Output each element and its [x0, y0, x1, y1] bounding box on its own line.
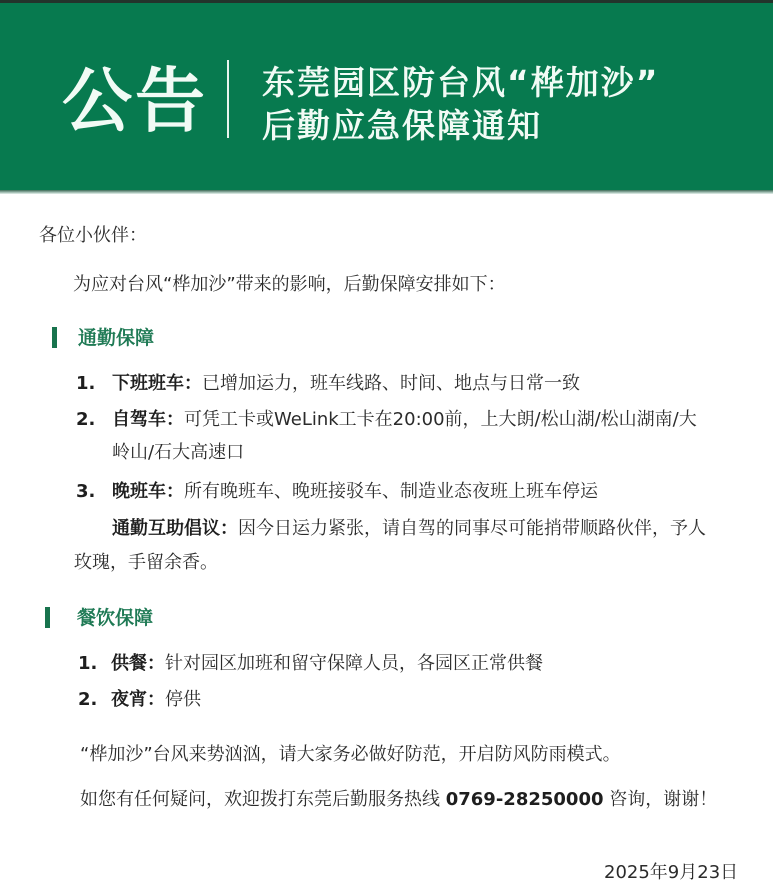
closing-contact: 如您有任何疑问，欢迎拨打东莞后勤服务热线 0769-28250000 咨询，谢谢… [80, 788, 717, 812]
greeting: 各位小伙伴： [39, 224, 147, 248]
list-item-label: 自驾车： [112, 409, 184, 430]
notice-title-line-1: 东莞园区防台风“桦加沙” [262, 61, 659, 104]
section-marker [45, 607, 50, 628]
list-number: 1. [78, 652, 97, 676]
notice-date: 2025年9月23日 [604, 861, 738, 885]
list-item-self-drive: 自驾车：可凭工卡或WeLink工卡在20:00前，上大朗/松山湖/松山湖南/大 [112, 408, 697, 432]
list-number: 1. [76, 372, 95, 396]
list-item-night-shuttle: 晚班车：所有晚班车、晚班接驳车、制造业态夜班上班车停运 [112, 480, 598, 504]
intro-paragraph: 为应对台风“桦加沙”带来的影响，后勤保障安排如下： [73, 273, 506, 297]
header-banner: 公告 东莞园区防台风“桦加沙” 后勤应急保障通知 [0, 0, 773, 192]
section-catering: 餐饮保障 [0, 606, 773, 630]
list-item-text: 停供 [165, 689, 201, 710]
list-number: 2. [78, 688, 97, 712]
list-item-label: 下班班车： [112, 373, 202, 394]
list-item-text-continued: 岭山/石大高速口 [112, 441, 244, 465]
section-commute: 通勤保障 [0, 326, 773, 350]
commute-mutual-aid-note: 通勤互助倡议：因今日运力紧张，请自驾的同事尽可能捎带顺路伙伴，予人 [112, 517, 706, 541]
announcement-badge: 公告 [62, 61, 208, 141]
note-label: 通勤互助倡议： [112, 518, 238, 539]
section-title: 通勤保障 [78, 326, 154, 350]
list-item-text: 针对园区加班和留守保障人员，各园区正常供餐 [165, 653, 543, 674]
note-text-continued: 玫瑰，手留余香。 [74, 551, 218, 575]
notice-title: 东莞园区防台风“桦加沙” 后勤应急保障通知 [262, 61, 659, 147]
notice-title-line-2: 后勤应急保障通知 [262, 104, 659, 147]
list-item-label: 供餐： [111, 653, 165, 674]
list-item-late-snack: 夜宵：停供 [111, 688, 201, 712]
list-number: 2. [76, 408, 95, 432]
contact-prefix: 如您有任何疑问，欢迎拨打东莞后勤服务热线 [80, 789, 446, 810]
note-text: 因今日运力紧张，请自驾的同事尽可能捎带顺路伙伴，予人 [238, 518, 706, 539]
section-marker [52, 327, 57, 348]
list-item-text: 所有晚班车、晚班接驳车、制造业态夜班上班车停运 [184, 481, 598, 502]
banner-edge [0, 190, 773, 194]
hotline-number: 0769-28250000 [446, 789, 604, 810]
list-item-text: 可凭工卡或WeLink工卡在20:00前，上大朗/松山湖/松山湖南/大 [184, 409, 697, 430]
list-number: 3. [76, 480, 95, 504]
list-item-shuttle: 下班班车：已增加运力，班车线路、时间、地点与日常一致 [112, 372, 580, 396]
list-item-label: 晚班车： [112, 481, 184, 502]
list-item-label: 夜宵： [111, 689, 165, 710]
title-divider [227, 60, 229, 138]
list-item-meals: 供餐：针对园区加班和留守保障人员，各园区正常供餐 [111, 652, 543, 676]
closing-warning: “桦加沙”台风来势汹汹，请大家务必做好防范，开启防风防雨模式。 [80, 743, 621, 767]
list-item-text: 已增加运力，班车线路、时间、地点与日常一致 [202, 373, 580, 394]
section-title: 餐饮保障 [77, 606, 153, 630]
contact-suffix: 咨询，谢谢！ [604, 789, 718, 810]
